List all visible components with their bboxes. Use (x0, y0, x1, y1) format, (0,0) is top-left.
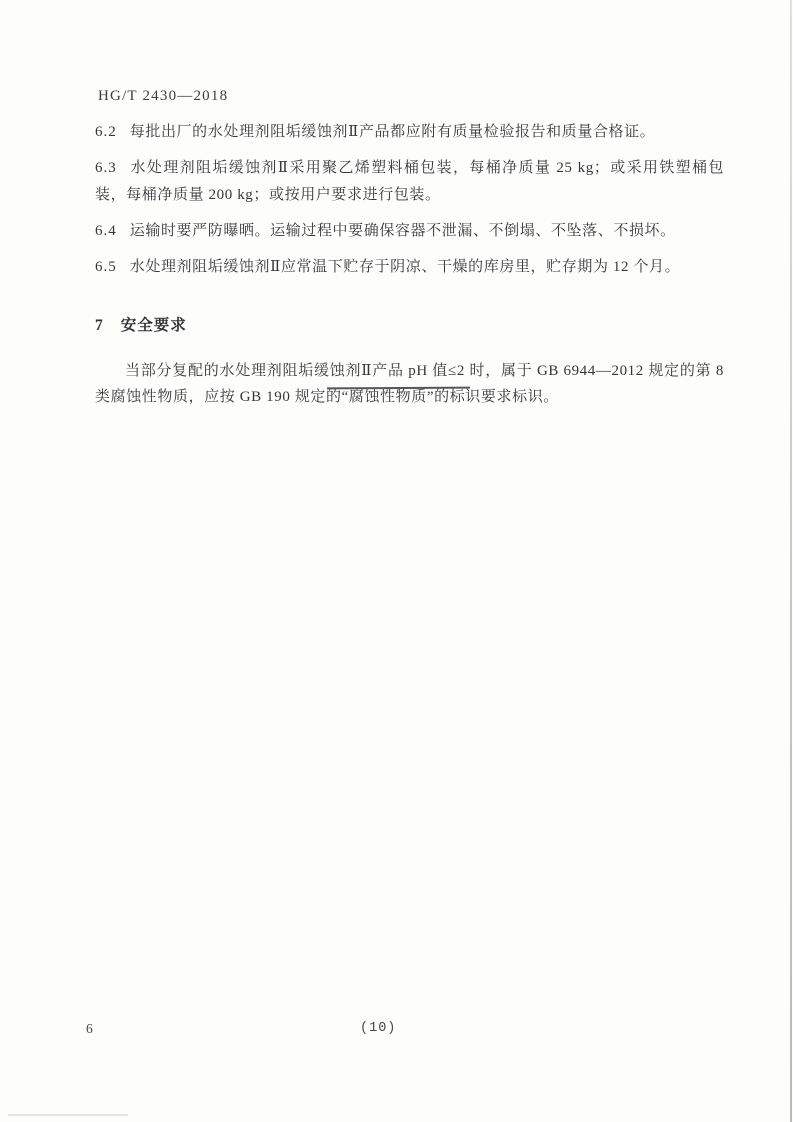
clause-6-3: 6.3水处理剂阻垢缓蚀剂Ⅱ采用聚乙烯塑料桶包装，每桶净质量 25 kg；或采用铁… (95, 155, 724, 209)
safety-requirements-paragraph: 当部分复配的水处理剂阻垢缓蚀剂Ⅱ产品 pH 值≤2 时，属于 GB 6944—2… (95, 358, 724, 410)
document-page: HG/T 2430—2018 6.2每批出厂的水处理剂阻垢缓蚀剂Ⅱ产品都应附有质… (0, 0, 793, 1122)
clause-6-5-text: 水处理剂阻垢缓蚀剂Ⅱ应常温下贮存于阴凉、干燥的库房里，贮存期为 12 个月。 (130, 259, 681, 275)
scan-edge-bottom-left (8, 1114, 128, 1116)
document-body: 6.2每批出厂的水处理剂阻垢缓蚀剂Ⅱ产品都应附有质量检验报告和质量合格证。 6.… (95, 119, 724, 410)
clause-6-4: 6.4运输时要严防曝晒。运输过程中要确保容器不泄漏、不倒塌、不坠落、不损坏。 (95, 218, 724, 245)
section-7-title: 安全要求 (121, 317, 187, 334)
clause-6-3-text: 水处理剂阻垢缓蚀剂Ⅱ采用聚乙烯塑料桶包装，每桶净质量 25 kg；或采用铁塑桶包… (95, 160, 724, 203)
page-number: 6 (86, 1021, 93, 1037)
clause-6-4-number: 6.4 (95, 218, 117, 245)
section-7-number: 7 (95, 317, 104, 335)
section-7-heading: 7安全要求 (95, 313, 724, 335)
scan-edge-right (790, 0, 792, 1122)
clause-6-4-text: 运输时要严防曝晒。运输过程中要确保容器不泄漏、不倒塌、不坠落、不损坏。 (130, 223, 676, 239)
clause-6-2-text: 每批出厂的水处理剂阻垢缓蚀剂Ⅱ产品都应附有质量检验报告和质量合格证。 (130, 124, 656, 140)
clause-6-3-number: 6.3 (95, 155, 117, 182)
clause-6-2-number: 6.2 (95, 119, 117, 146)
clause-6-2: 6.2每批出厂的水处理剂阻垢缓蚀剂Ⅱ产品都应附有质量检验报告和质量合格证。 (95, 119, 724, 146)
clause-6-5-number: 6.5 (95, 254, 117, 281)
clause-6-5: 6.5水处理剂阻垢缓蚀剂Ⅱ应常温下贮存于阴凉、干燥的库房里，贮存期为 12 个月… (95, 254, 724, 281)
sheet-number: (10) (360, 1021, 396, 1036)
standard-number-header: HG/T 2430—2018 (98, 88, 228, 105)
